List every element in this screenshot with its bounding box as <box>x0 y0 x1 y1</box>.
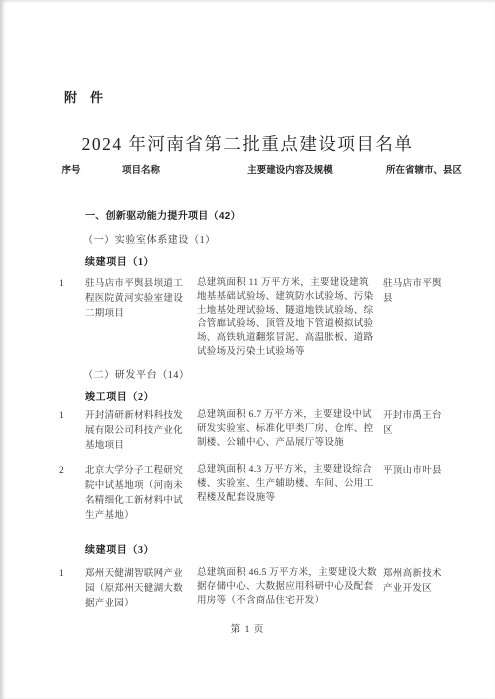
row-number: 1 <box>57 567 85 612</box>
scan-edge-shadow <box>0 0 3 699</box>
column-header-no: 序号 <box>57 165 85 178</box>
table-row: 1 驻马店市平舆县坝道工程医院黄河实验室建设二期项目 总建筑面积 11 万平方米… <box>57 277 465 360</box>
section-heading-sub1: （一）实验室体系建设（1） <box>83 231 216 246</box>
project-content: 总建筑面积 4.3 万平方米，主要建设综合楼、实验室、生产辅助楼、车间、公用工程… <box>197 464 383 524</box>
project-location: 平顶山市叶县 <box>383 464 465 524</box>
project-content: 总建筑面积 11 万平方米，主要建设建筑地基基础试验场、建筑防水试验场、污染土地… <box>197 277 383 360</box>
row-number: 1 <box>57 277 85 360</box>
page-number-footer: 第 1 页 <box>0 621 495 635</box>
project-content: 总建筑面积 6.7 万平方米，主要建设中试研发实验室、标准化甲类厂房、仓库、控制… <box>197 409 383 454</box>
group-label-continued-1: 续建项目（1） <box>85 253 154 268</box>
project-location: 驻马店市平舆县 <box>383 277 465 360</box>
column-header-project-name: 项目名称 <box>85 165 197 178</box>
project-location: 郑州高新技术产业开发区 <box>383 567 465 612</box>
table-row: 1 郑州天健湖智联网产业园（原郑州天健湖大数据产业园） 总建筑面积 46.5 万… <box>57 567 465 612</box>
project-location: 开封市禹王台区 <box>383 409 465 454</box>
page-title: 2024 年河南省第二批重点建设项目名单 <box>0 131 495 156</box>
column-header-content: 主要建设内容及规模 <box>197 165 383 178</box>
column-header-location: 所在省辖市、县区 <box>383 165 465 178</box>
document-page: 附 件 2024 年河南省第二批重点建设项目名单 序号 项目名称 主要建设内容及… <box>0 0 495 699</box>
table-header-row: 序号 项目名称 主要建设内容及规模 所在省辖市、县区 <box>57 165 465 178</box>
project-name: 郑州天健湖智联网产业园（原郑州天健湖大数据产业园） <box>85 567 197 612</box>
project-name: 开封清研新材料科技发展有限公司科技产业化基地项目 <box>85 409 197 454</box>
table-row: 1 开封清研新材料科技发展有限公司科技产业化基地项目 总建筑面积 6.7 万平方… <box>57 409 465 454</box>
project-content: 总建筑面积 46.5 万平方米，主要建设大数据存储中心、大数据应用科研中心及配套… <box>197 567 383 612</box>
row-number: 1 <box>57 409 85 454</box>
section-heading-category: 一、创新驱动能力提升项目（42） <box>85 207 241 222</box>
section-heading-sub2: （二）研发平台（14） <box>83 366 190 381</box>
table-row: 2 北京大学分子工程研究院中试基地项（河南未名精细化工新材料中试生产基地） 总建… <box>57 464 465 524</box>
project-name: 北京大学分子工程研究院中试基地项（河南未名精细化工新材料中试生产基地） <box>85 464 197 524</box>
attachment-label: 附 件 <box>64 87 103 106</box>
project-name: 驻马店市平舆县坝道工程医院黄河实验室建设二期项目 <box>85 277 197 360</box>
group-label-continued-3: 续建项目（3） <box>85 541 154 556</box>
group-label-completed: 竣工项目（2） <box>85 388 154 403</box>
row-number: 2 <box>57 464 85 524</box>
